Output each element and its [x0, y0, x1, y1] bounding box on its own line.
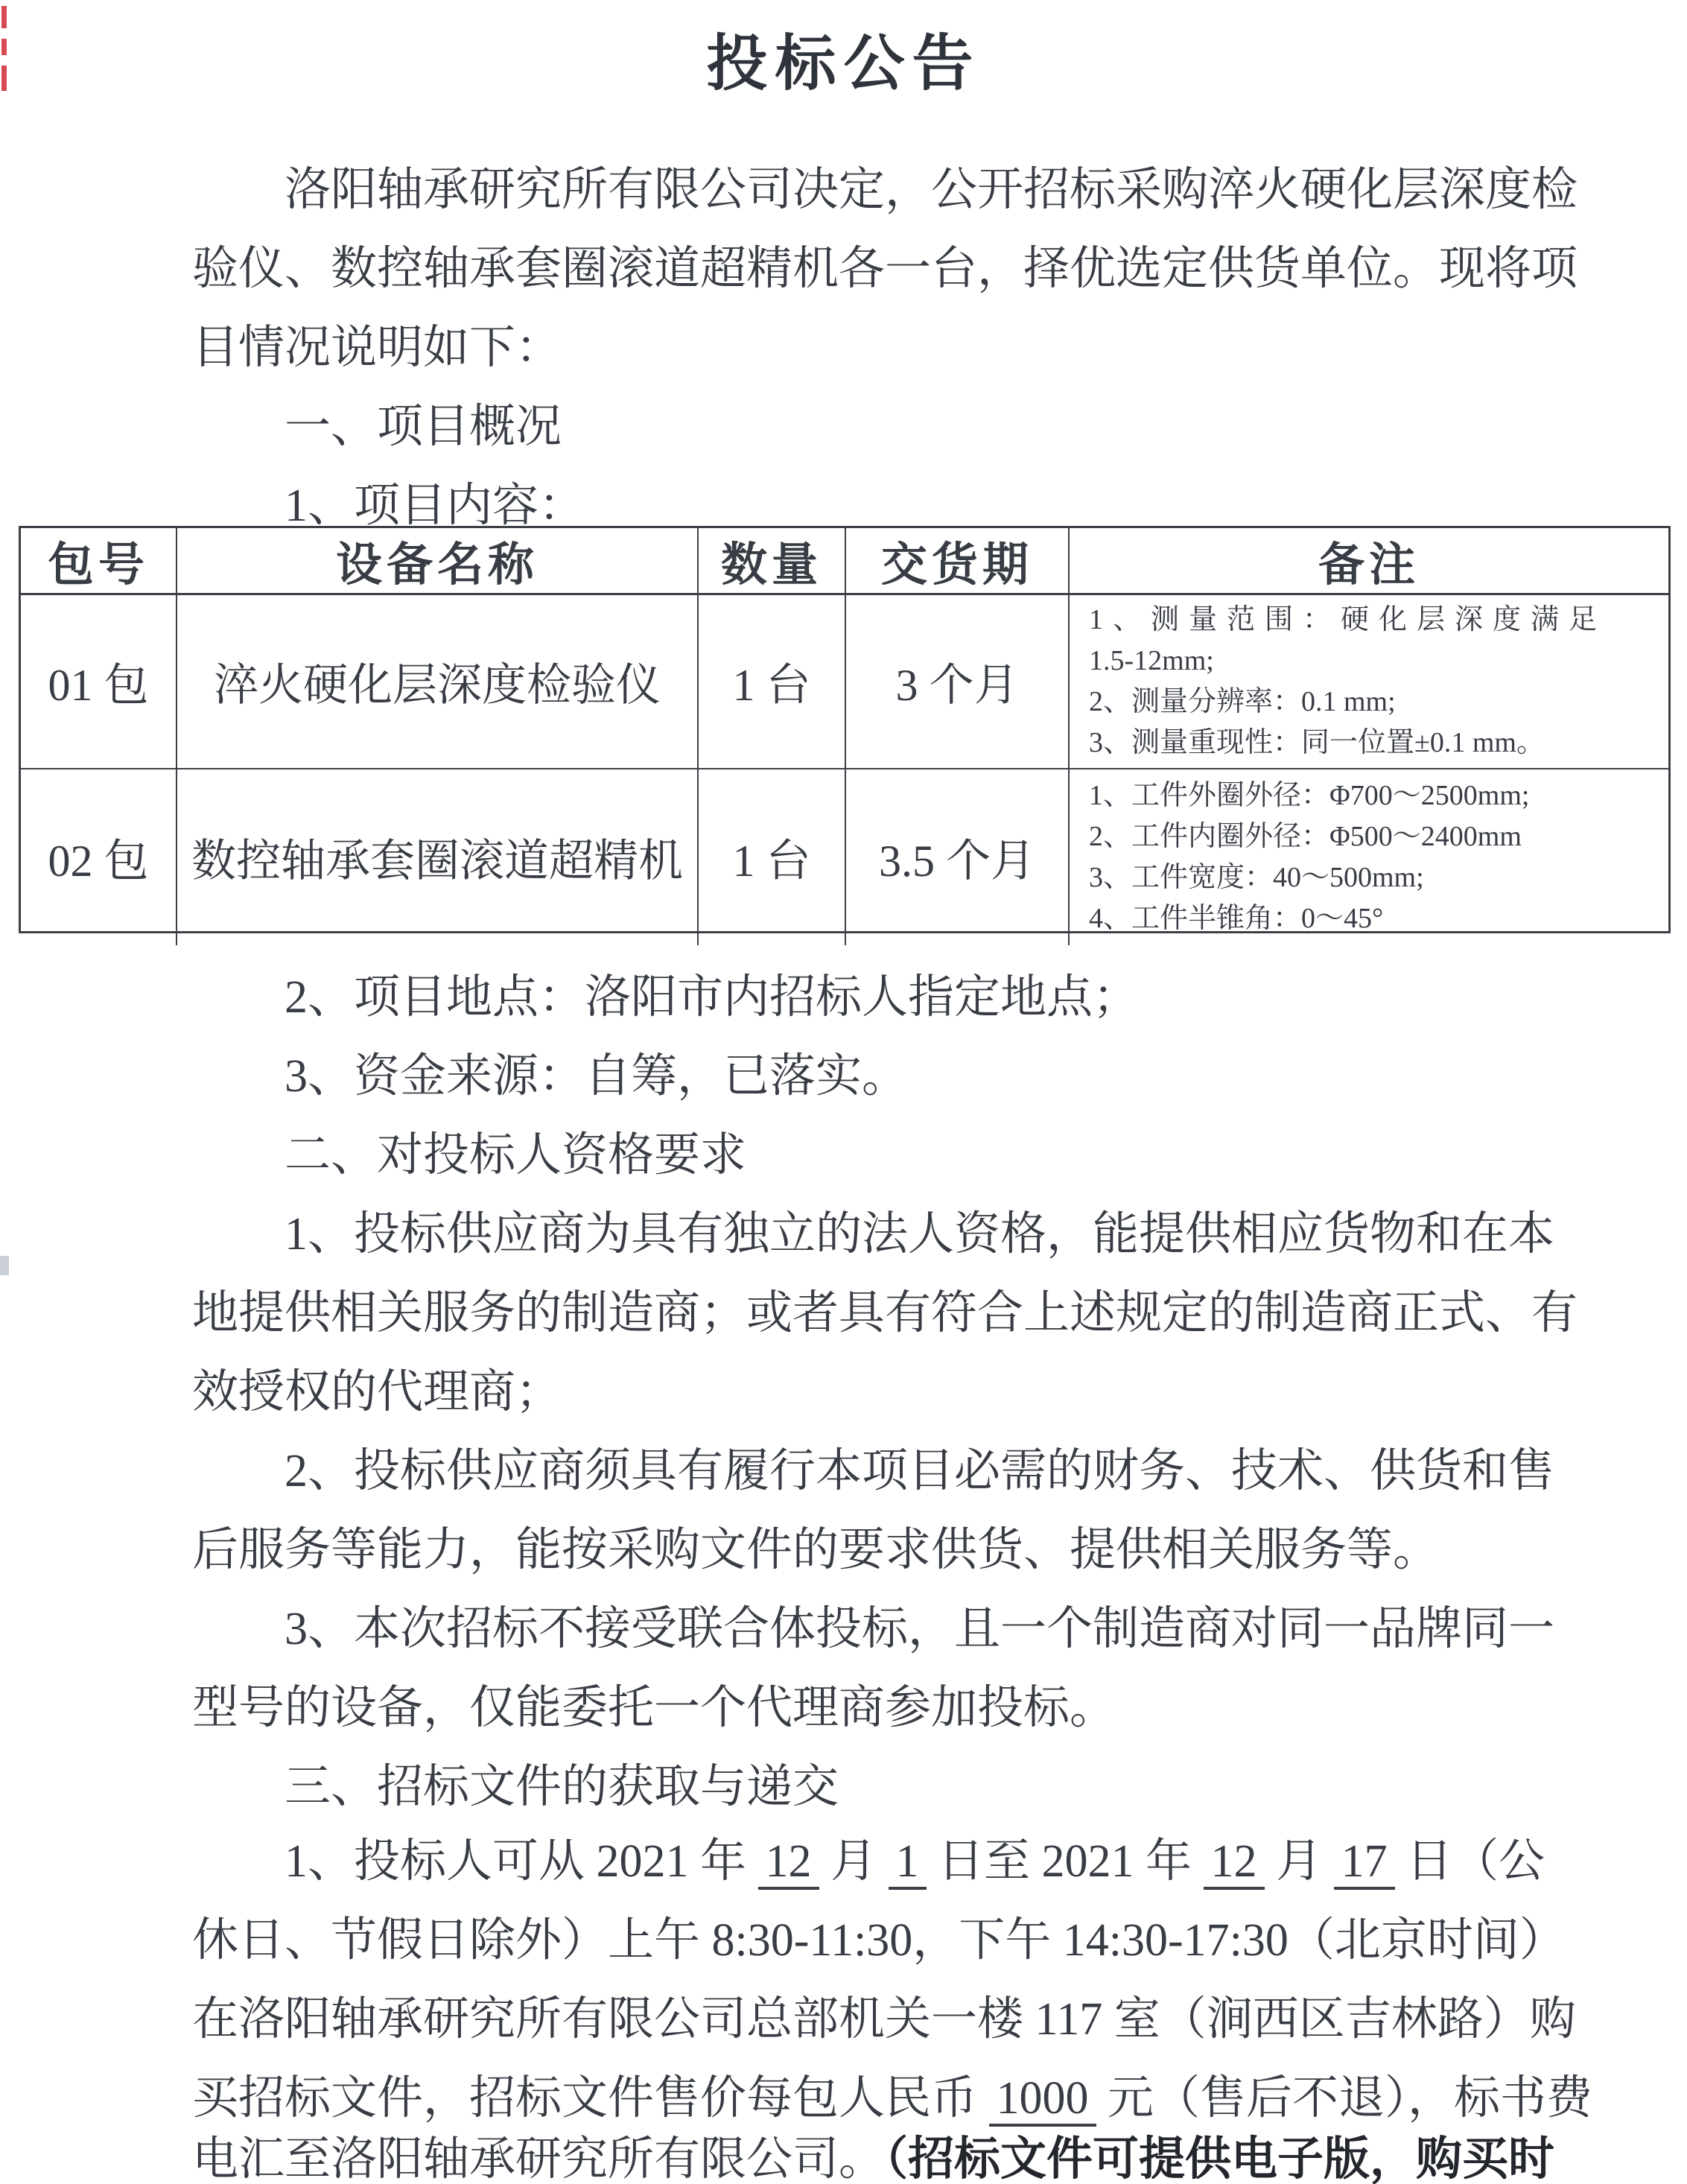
note-line: 4、工件半锥角：0～45°: [1089, 898, 1383, 939]
electronic-version-note: （招标文件可提供电子版，购买时: [885, 2134, 1554, 2184]
underlined-day-2: 17: [1334, 1836, 1395, 1890]
note-line: 2、测量分辨率：0.1 mm;: [1089, 682, 1396, 723]
section1-item-location: 2、项目地点：洛阳市内招标人指定地点；: [192, 973, 1139, 1023]
project-content-table: 包号 设备名称 数量 交货期 备注 01 包 淬火硬化层深度检验仪 1 台 3 …: [19, 526, 1671, 933]
underlined-day-1: 1: [889, 1836, 927, 1890]
table-header-notes: 备注: [1070, 528, 1668, 595]
section1-item-funding: 3、资金来源：自筹，已落实。: [192, 1052, 908, 1102]
table-header-delivery: 交货期: [846, 528, 1070, 595]
note-line: 1、工件外圈外径：Φ700～2500mm;: [1089, 775, 1529, 816]
remittance-line: 电汇至洛阳轴承研究所有限公司。（招标文件可提供电子版，购买时: [192, 2135, 1554, 2184]
section1-item-content: 1、项目内容：: [192, 481, 585, 531]
table-row1-delivery: 3 个月: [846, 595, 1070, 769]
table-row2-device: 数控轴承套圈滚道超精机: [177, 769, 699, 945]
scan-artifact-gray: [0, 1256, 9, 1275]
underlined-month-1: 12: [758, 1836, 819, 1890]
office-hours-line: 休日、节假日除外）上午 8:30-11:30，下午 14:30-17:30（北京…: [192, 1916, 1566, 1966]
table-header-package: 包号: [21, 528, 177, 595]
section1-heading: 一、项目概况: [192, 402, 562, 452]
remittance-text: 电汇至洛阳轴承研究所有限公司。: [192, 2134, 885, 2184]
note-line: 3、工件宽度：40～500mm;: [1089, 857, 1424, 898]
qualification1-line-1: 1、投标供应商为具有独立的法人资格，能提供相应货物和在本: [192, 1210, 1554, 1260]
bid-date-line: 1、投标人可从 2021 年 12 月 1 日至 2021 年 12 月 17 …: [192, 1837, 1545, 1887]
intro-line-2: 验仪、数控轴承套圈滚道超精机各一台，择优选定供货单位。现将项: [192, 244, 1578, 294]
price-text: 元（售后不退），标书费: [1096, 2073, 1593, 2124]
table-header-device: 设备名称: [177, 528, 699, 595]
intro-line-1: 洛阳轴承研究所有限公司决定，公开招标采购淬火硬化层深度检: [192, 165, 1578, 215]
date-text: 日（公: [1395, 1836, 1545, 1887]
qualification3-line-1: 3、本次招标不接受联合体投标，且一个制造商对同一品牌同一: [192, 1604, 1554, 1654]
underlined-month-2: 12: [1204, 1836, 1265, 1890]
date-text: 月: [819, 1836, 889, 1887]
table-row1-quantity: 1 台: [699, 595, 846, 769]
qualification2-line-2: 后服务等能力，能按采购文件的要求供货、提供相关服务等。: [192, 1526, 1439, 1575]
note-line: 2、工件内圈外径：Φ500～2400mm: [1089, 816, 1522, 857]
qualification3-line-2: 型号的设备，仅能委托一个代理商参加投标。: [192, 1683, 1116, 1733]
table-header-quantity: 数量: [699, 528, 846, 595]
table-row2-package: 02 包: [21, 769, 177, 945]
qualification1-line-2: 地提供相关服务的制造商；或者具有符合上述规定的制造商正式、有: [192, 1289, 1578, 1339]
underlined-price: 1000: [989, 2073, 1096, 2127]
scanned-bid-announcement-page: 投标公告 洛阳轴承研究所有限公司决定，公开招标采购淬火硬化层深度检 验仪、数控轴…: [0, 0, 1687, 2184]
address-line: 在洛阳轴承研究所有限公司总部机关一楼 117 室（涧西区吉林路）购: [192, 1995, 1576, 2045]
intro-line-3: 目情况说明如下：: [192, 323, 562, 373]
qualification1-line-3: 效授权的代理商；: [192, 1368, 562, 1418]
table-row2-delivery: 3.5 个月: [846, 769, 1070, 945]
table-row2-quantity: 1 台: [699, 769, 846, 945]
note-line: 1.5-12mm;: [1089, 641, 1214, 682]
date-text: 月: [1265, 1836, 1334, 1887]
note-line: 3、测量重现性：同一位置±0.1 mm。: [1089, 723, 1545, 764]
date-text: 1、投标人可从 2021 年: [285, 1836, 758, 1887]
price-text: 买招标文件，招标文件售价每包人民币: [192, 2073, 989, 2124]
price-line: 买招标文件，招标文件售价每包人民币 1000 元（售后不退），标书费: [192, 2074, 1592, 2124]
page-title: 投标公告: [0, 15, 1687, 102]
qualification2-line-1: 2、投标供应商须具有履行本项目必需的财务、技术、供货和售: [192, 1447, 1554, 1496]
date-text: 日至 2021 年: [927, 1836, 1204, 1887]
note-line: 1、测量范围：硬化层深度满足: [1089, 600, 1607, 641]
table-row1-notes: 1、测量范围：硬化层深度满足 1.5-12mm; 2、测量分辨率：0.1 mm;…: [1070, 595, 1668, 769]
table-row2-notes: 1、工件外圈外径：Φ700～2500mm; 2、工件内圈外径：Φ500～2400…: [1070, 769, 1668, 945]
table-row1-device: 淬火硬化层深度检验仪: [177, 595, 699, 769]
section2-heading: 二、对投标人资格要求: [192, 1131, 746, 1181]
section3-heading: 三、招标文件的获取与递交: [192, 1762, 839, 1812]
table-row1-package: 01 包: [21, 595, 177, 769]
